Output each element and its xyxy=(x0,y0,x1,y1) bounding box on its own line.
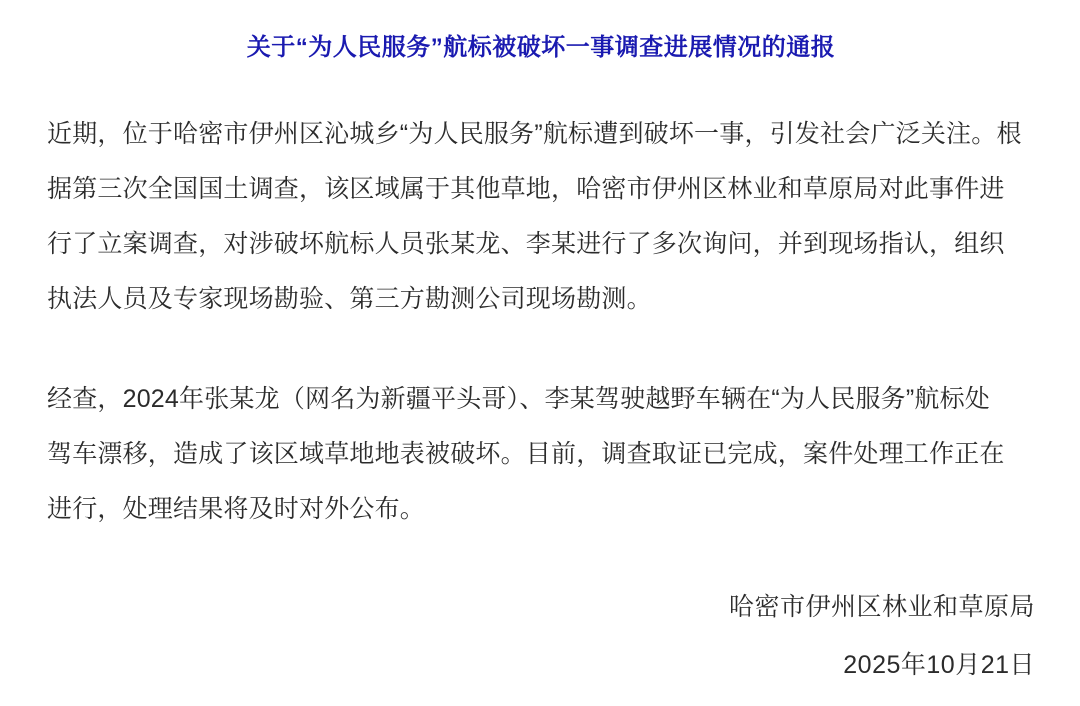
text-line: 行了立案调查，对涉破坏航标人员张某龙、李某进行了多次询问，并到现场指认，组织 xyxy=(47,217,1035,272)
paragraph-findings: 经查，2024年张某龙（网名为新疆平头哥）、李某驾驶越野车辆在“为人民服务”航标… xyxy=(47,372,1035,537)
signature-block: 哈密市伊州区林业和草原局 2025年10月21日 xyxy=(47,580,1035,693)
text-line: 进行，处理结果将及时对外公布。 xyxy=(47,482,1035,537)
notice-title: 关于“为人民服务”航标被破坏一事调查进展情况的通报 xyxy=(47,33,1035,63)
signature-organization: 哈密市伊州区林业和草原局 xyxy=(47,580,1035,635)
text-line: 经查，2024年张某龙（网名为新疆平头哥）、李某驾驶越野车辆在“为人民服务”航标… xyxy=(47,372,1035,427)
paragraph-investigation: 近期，位于哈密市伊州区沁城乡“为人民服务”航标遭到破坏一事，引发社会广泛关注。根… xyxy=(47,107,1035,327)
signature-date: 2025年10月21日 xyxy=(47,638,1035,693)
text-line: 据第三次全国国土调查，该区域属于其他草地，哈密市伊州区林业和草原局对此事件进 xyxy=(47,162,1035,217)
text-line: 执法人员及专家现场勘验、第三方勘测公司现场勘测。 xyxy=(47,272,1035,327)
notice-document: 关于“为人民服务”航标被破坏一事调查进展情况的通报 近期，位于哈密市伊州区沁城乡… xyxy=(0,0,1080,706)
text-line: 近期，位于哈密市伊州区沁城乡“为人民服务”航标遭到破坏一事，引发社会广泛关注。根 xyxy=(47,107,1035,162)
text-line: 驾车漂移，造成了该区域草地地表被破坏。目前，调查取证已完成，案件处理工作正在 xyxy=(47,427,1035,482)
